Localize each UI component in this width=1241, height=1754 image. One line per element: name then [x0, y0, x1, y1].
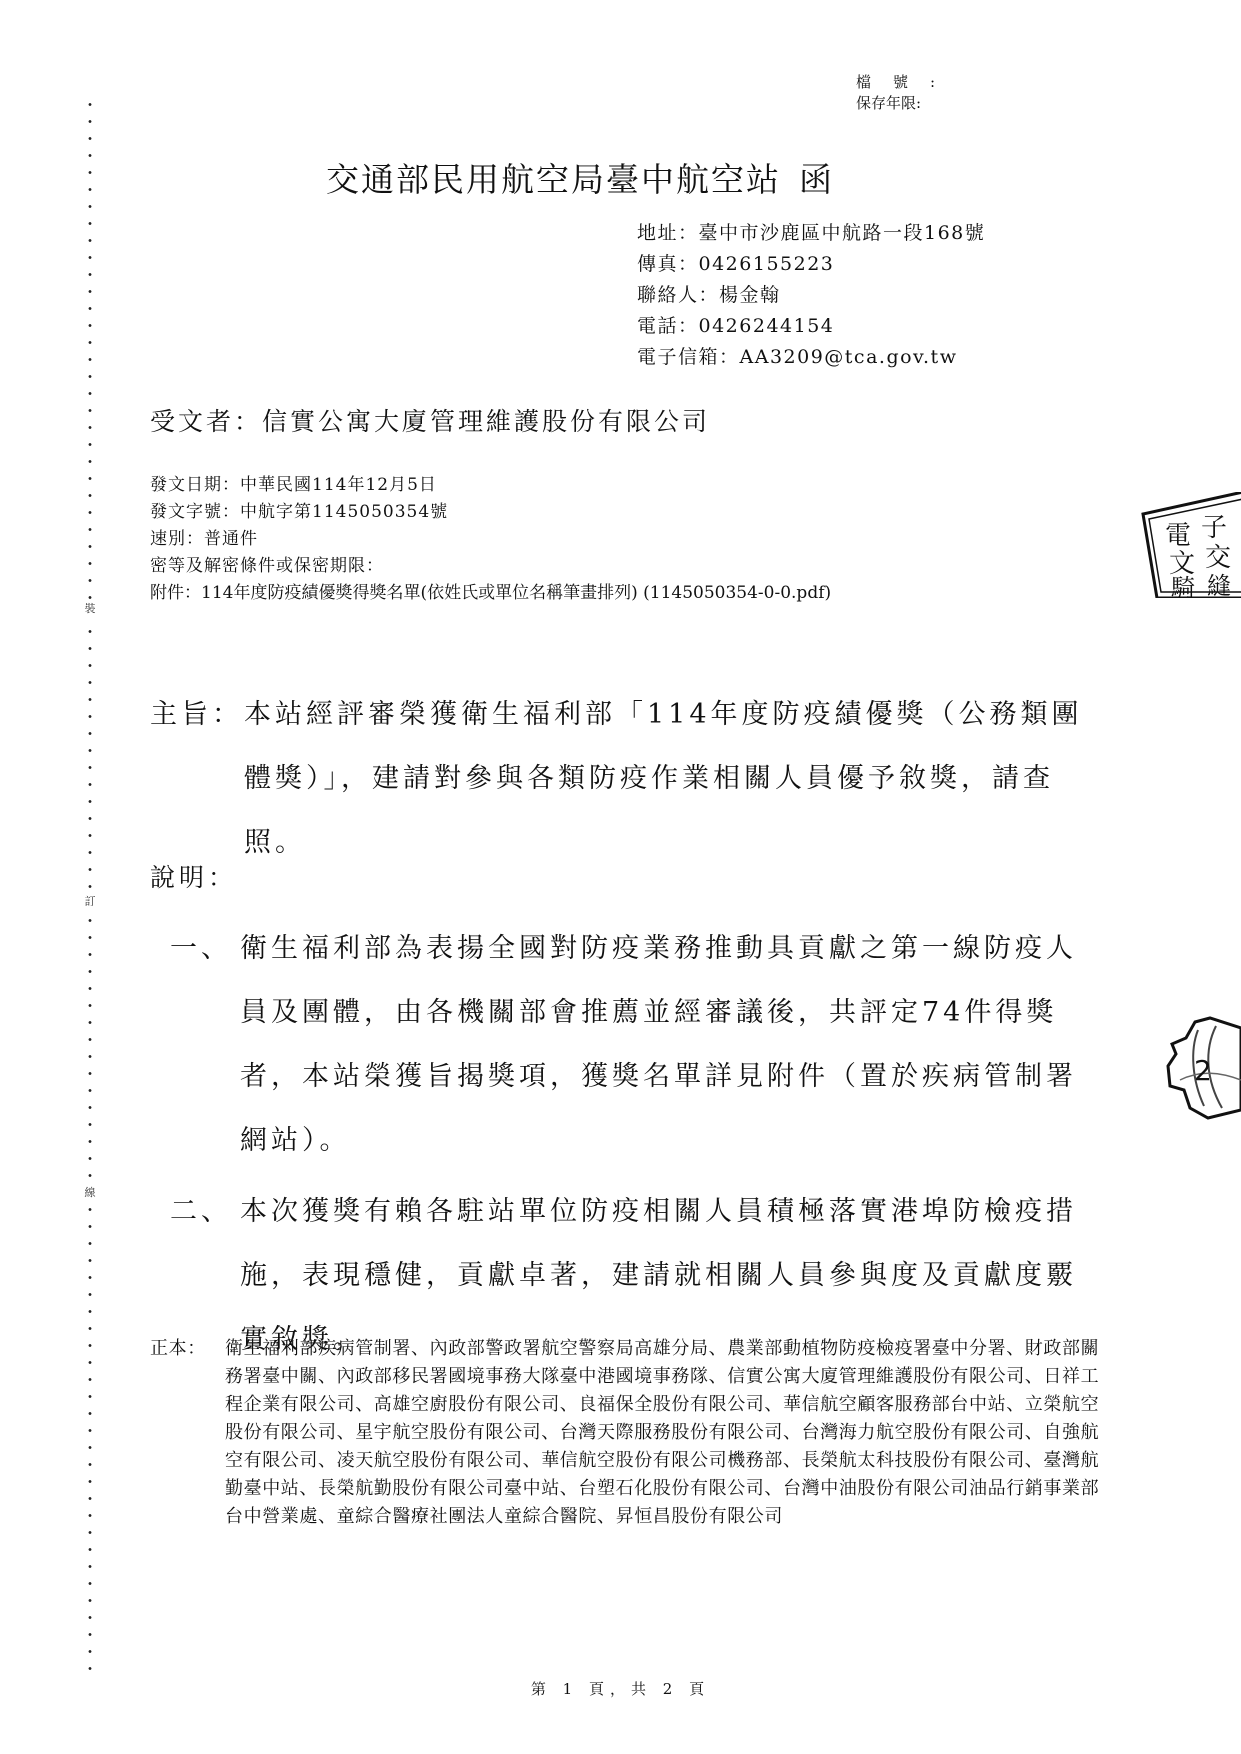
svg-text:交: 交: [1205, 543, 1231, 573]
document-type: 函: [799, 160, 834, 199]
point-text: 衛生福利部為表揚全國對防疫業務推動具貢獻之第一線防疫人員及團體，由各機關部會推薦…: [240, 917, 1100, 1173]
subject-text: 本站經評審榮獲衛生福利部「114年度防疫績優獎（公務類團體獎）」，建請對參與各類…: [244, 683, 1100, 875]
agency-name: 交通部民用航空局臺中航空站: [326, 160, 781, 199]
retention-label: 保存年限: [856, 93, 916, 114]
e-document-seal-icon: 電 子 文 交 騎 縫: [1135, 492, 1241, 598]
contact-person: 聯絡人：楊金翰: [637, 280, 985, 311]
contact-block: 地址：臺中市沙鹿區中航路一段168號 傳真：0426155223 聯絡人：楊金翰…: [637, 218, 985, 373]
recipient: 受文者：信實公寓大廈管理維護股份有限公司: [150, 404, 710, 440]
address: 地址：臺中市沙鹿區中航路一段168號: [637, 218, 985, 249]
distribution-list: 正本： 衛生福利部疾病管制署、內政部警政署航空警察局高雄分局、農業部動植物防疫檢…: [150, 1335, 1100, 1531]
file-meta: 檔號: 保存年限:: [856, 72, 935, 114]
attachment-link[interactable]: 114年度防疫績優獎得獎名單(依姓氏或單位名稱筆畫排列) (1145050354…: [201, 580, 1131, 607]
svg-text:騎: 騎: [1170, 574, 1195, 598]
attachment: 附件： 114年度防疫績優獎得獎名單(依姓氏或單位名稱筆畫排列) (114505…: [150, 580, 1131, 607]
binding-label-line: 線: [82, 1184, 98, 1202]
issue-date: 發文日期：中華民國114年12月5日: [150, 472, 1131, 499]
svg-text:電: 電: [1165, 521, 1191, 551]
svg-text:縫: 縫: [1207, 572, 1231, 598]
priority: 速別：普通件: [150, 526, 1131, 553]
binding-label-staple: 訂: [82, 893, 98, 911]
svg-text:子: 子: [1201, 513, 1227, 543]
classification: 密等及解密條件或保密期限：: [150, 553, 1131, 580]
binding-label-bind: 裝: [82, 600, 98, 618]
subject-section: 主旨： 本站經評審榮獲衛生福利部「114年度防疫績優獎（公務類團體獎）」，建請對…: [150, 683, 1100, 875]
svg-text:2: 2: [1194, 1054, 1212, 1087]
explanation-points: 一、 衛生福利部為表揚全國對防疫業務推動具貢獻之第一線防疫人員及團體，由各機關部…: [170, 917, 1100, 1379]
distribution-label: 正本：: [150, 1335, 225, 1531]
binding-margin-dotted-line: [88, 96, 92, 1676]
explanation-point: 一、 衛生福利部為表揚全國對防疫業務推動具貢獻之第一線防疫人員及團體，由各機關部…: [170, 917, 1100, 1173]
distribution-text: 衛生福利部疾病管制署、內政部警政署航空警察局高雄分局、農業部動植物防疫檢疫署臺中…: [225, 1335, 1100, 1531]
document-meta: 發文日期：中華民國114年12月5日 發文字號：中航字第1145050354號 …: [150, 472, 1131, 607]
fax: 傳真：0426155223: [637, 249, 985, 280]
file-number-label: 檔號: [856, 72, 930, 93]
page-indicator: 第 1 頁，共 2 頁: [0, 1678, 1241, 1699]
page-seam-seal-icon: 2: [1160, 1010, 1241, 1122]
explanation-label: 說明：: [150, 860, 237, 896]
point-number: 一、: [170, 917, 240, 1173]
phone: 電話：0426244154: [637, 311, 985, 342]
document-title: 交通部民用航空局臺中航空站函: [326, 158, 834, 202]
attachment-label: 附件：: [150, 580, 201, 607]
document-number: 發文字號：中航字第1145050354號: [150, 499, 1131, 526]
email: 電子信箱：AA3209@tca.gov.tw: [637, 342, 985, 373]
subject-label: 主旨：: [150, 683, 244, 875]
